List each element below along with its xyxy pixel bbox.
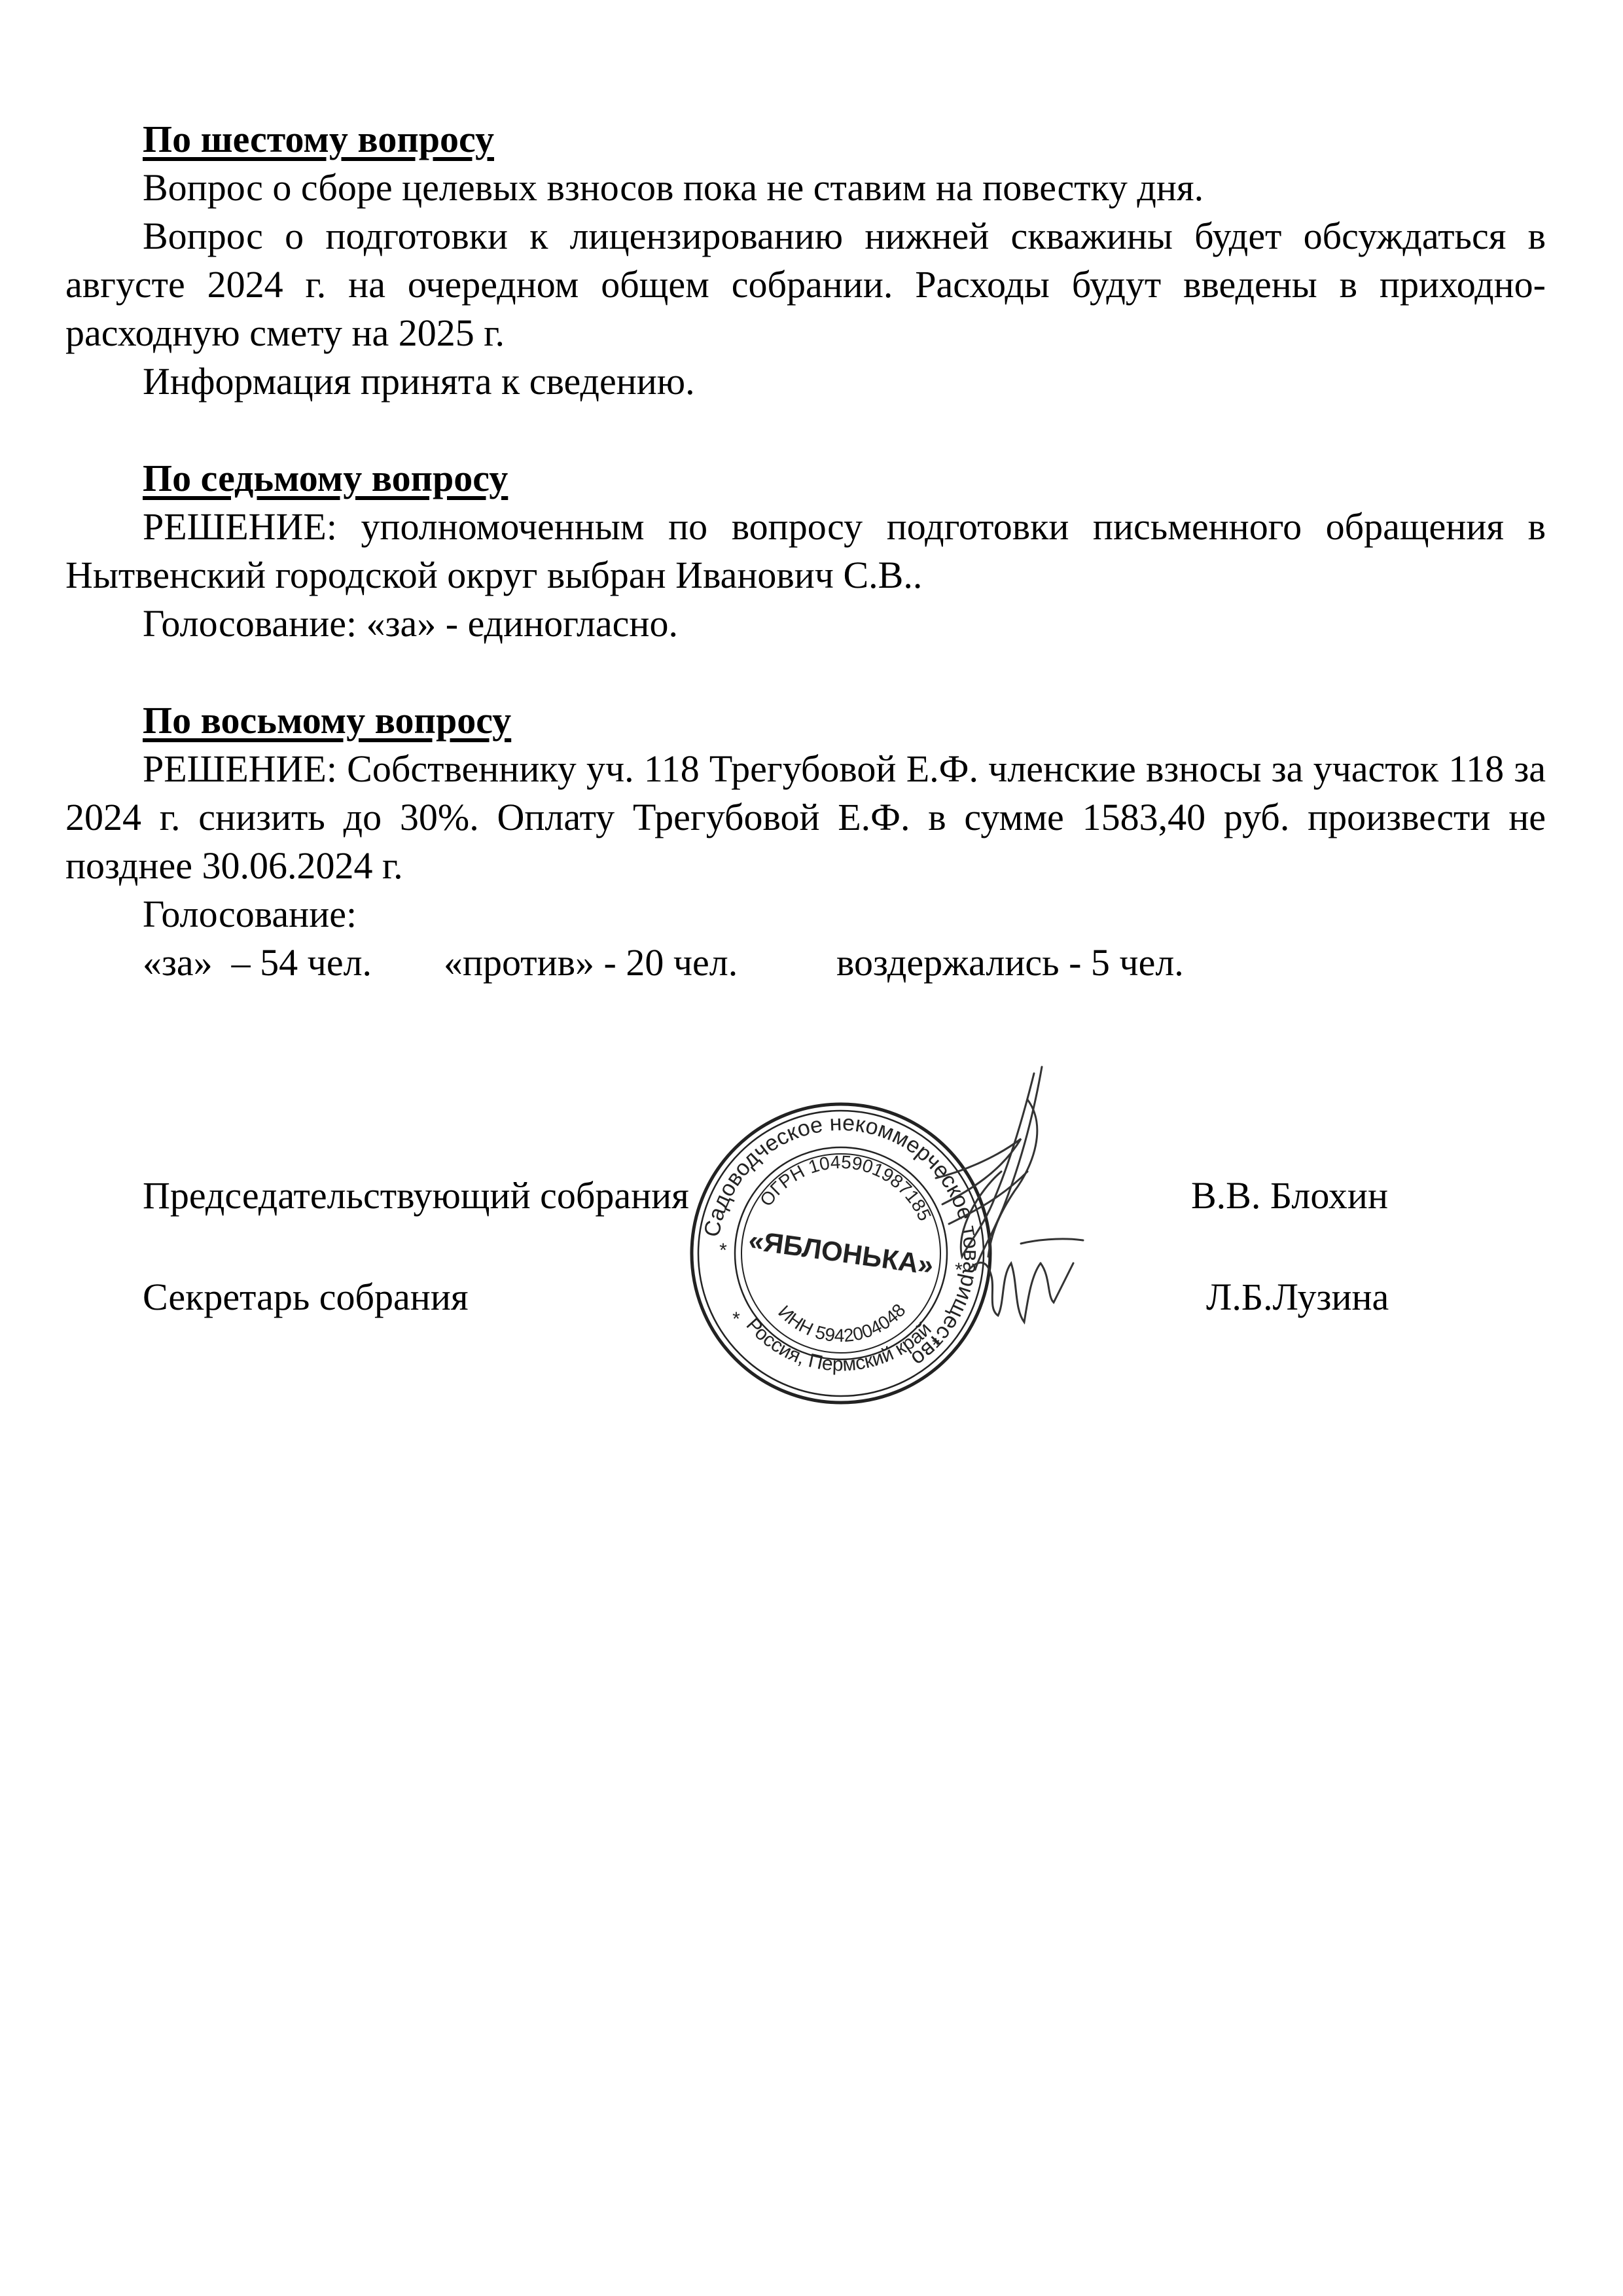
document-page: По шестому вопросу Вопрос о сборе целевы…: [0, 0, 1623, 2296]
decision-paragraph: РЕШЕНИЕ: Собственнику уч. 118 Трегубовой…: [65, 745, 1546, 890]
svg-text:*: *: [719, 1240, 727, 1261]
chair-name: В.В. Блохин: [1191, 1172, 1388, 1220]
vote-result: Голосование: «за» - единогласно.: [65, 600, 1546, 648]
votes-for: «за» – 54 чел.: [143, 939, 444, 987]
section-question-6: По шестому вопросу Вопрос о сборе целевы…: [65, 115, 1546, 406]
votes-against: «против» - 20 чел.: [444, 939, 836, 987]
section-question-8: По восьмому вопросу РЕШЕНИЕ: Собственник…: [65, 696, 1546, 987]
paragraph: Информация принята к сведению.: [65, 357, 1546, 406]
section-heading: По седьмому вопросу: [65, 454, 1546, 503]
svg-text:*: *: [932, 1335, 940, 1356]
paragraph: Вопрос о подготовки к лицензированию ниж…: [65, 212, 1546, 357]
chair-label: Председательствующий собрания: [143, 1172, 689, 1220]
votes-abstained: воздержались - 5 чел.: [836, 939, 1184, 987]
svg-text:*: *: [732, 1308, 740, 1330]
secretary-name: Л.Б.Лузина: [1206, 1273, 1389, 1321]
vote-tally: «за» – 54 чел.«против» - 20 чел.воздержа…: [65, 939, 1546, 987]
paragraph: Вопрос о сборе целевых взносов пока не с…: [65, 164, 1546, 212]
section-heading: По шестому вопросу: [65, 115, 1546, 164]
section-question-7: По седьмому вопросу РЕШЕНИЕ: уполномочен…: [65, 454, 1546, 648]
secretary-label: Секретарь собрания: [143, 1273, 469, 1321]
vote-label: Голосование:: [65, 890, 1546, 939]
secretary-signature-icon: [962, 1224, 1093, 1335]
section-heading: По восьмому вопросу: [65, 696, 1546, 745]
decision-paragraph: РЕШЕНИЕ: уполномоченным по вопросу подго…: [65, 503, 1546, 600]
document-body: По шестому вопросу Вопрос о сборе целевы…: [65, 115, 1546, 1035]
